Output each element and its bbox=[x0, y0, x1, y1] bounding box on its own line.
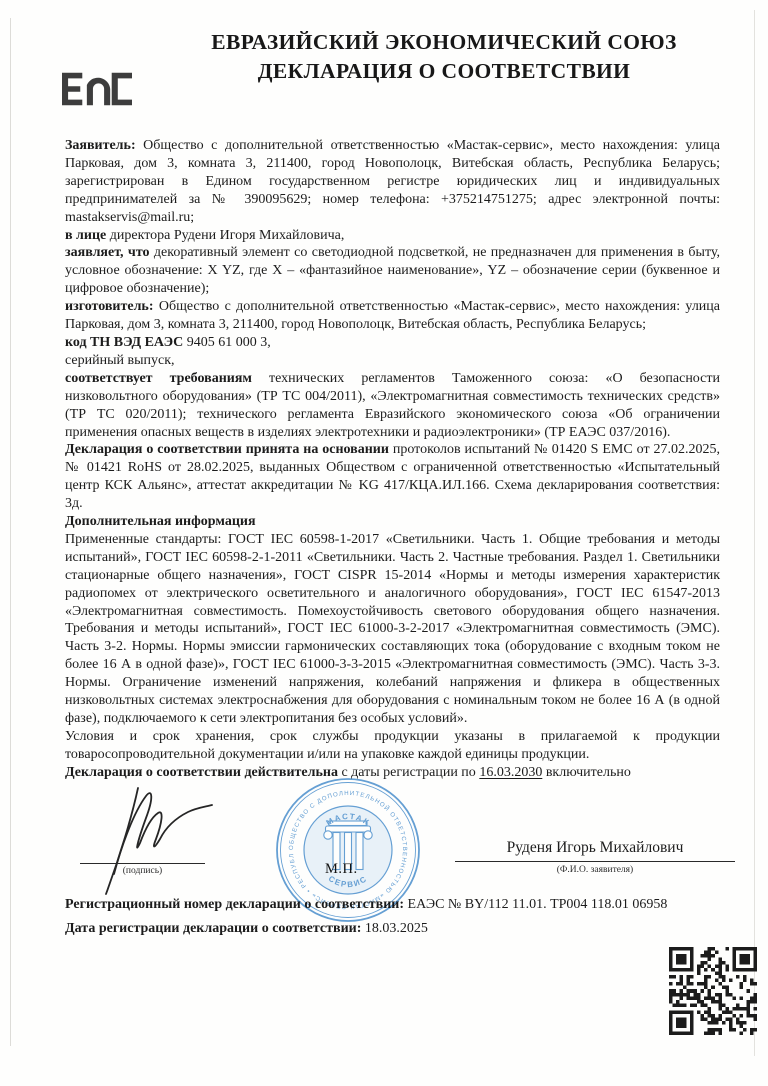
signature-caption: (подпись) bbox=[80, 866, 205, 876]
document-title-line2: ДЕКЛАРАЦИЯ О СООТВЕТСТВИИ bbox=[150, 57, 738, 86]
stamp-placeholder-label: М.П. bbox=[325, 861, 358, 878]
paragraph: заявляет, что декоративный элемент со св… bbox=[65, 244, 720, 298]
paragraph: код ТН ВЭД ЕАЭС 9405 61 000 3, bbox=[65, 334, 720, 352]
company-stamp: ОБЩЕСТВО С ДОПОЛНИТЕЛЬНОЙ ОТВЕТСТВЕННОСТ… bbox=[273, 775, 423, 925]
declaration-document: ЕВРАЗИЙСКИЙ ЭКОНОМИЧЕСКИЙ СОЮЗ ДЕКЛАРАЦИ… bbox=[0, 0, 768, 1086]
paragraph: серийный выпуск, bbox=[65, 352, 720, 370]
scan-artifact-line bbox=[10, 18, 11, 1046]
document-body: Заявитель: Общество с дополнительной отв… bbox=[65, 137, 720, 782]
document-header: ЕВРАЗИЙСКИЙ ЭКОНОМИЧЕСКИЙ СОЮЗ ДЕКЛАРАЦИ… bbox=[0, 24, 768, 134]
document-title-line1: ЕВРАЗИЙСКИЙ ЭКОНОМИЧЕСКИЙ СОЮЗ bbox=[150, 28, 738, 57]
applicant-name-line bbox=[455, 861, 735, 862]
scan-artifact-line bbox=[754, 10, 755, 1056]
paragraph: Примененные стандарты: ГОСТ IEC 60598-1-… bbox=[65, 531, 720, 728]
handwritten-signature bbox=[92, 782, 222, 902]
paragraph: Заявитель: Общество с дополнительной отв… bbox=[65, 137, 720, 227]
paragraph: в лице директора Рудени Игоря Михайлович… bbox=[65, 227, 720, 245]
eac-logo-icon bbox=[62, 56, 132, 122]
signature-line bbox=[80, 863, 205, 864]
applicant-name: Руденя Игорь Михайлович bbox=[455, 839, 735, 857]
paragraph: Декларация о соответствии принята на осн… bbox=[65, 441, 720, 513]
qr-code bbox=[669, 947, 757, 1035]
applicant-name-caption: (Ф.И.О. заявителя) bbox=[455, 865, 735, 875]
paragraph: Дополнительная информация bbox=[65, 513, 720, 531]
paragraph: изготовитель: Общество с дополнительной … bbox=[65, 298, 720, 334]
paragraph: соответствует требованиям технических ре… bbox=[65, 370, 720, 442]
paragraph: Условия и срок хранения, срок службы про… bbox=[65, 728, 720, 764]
